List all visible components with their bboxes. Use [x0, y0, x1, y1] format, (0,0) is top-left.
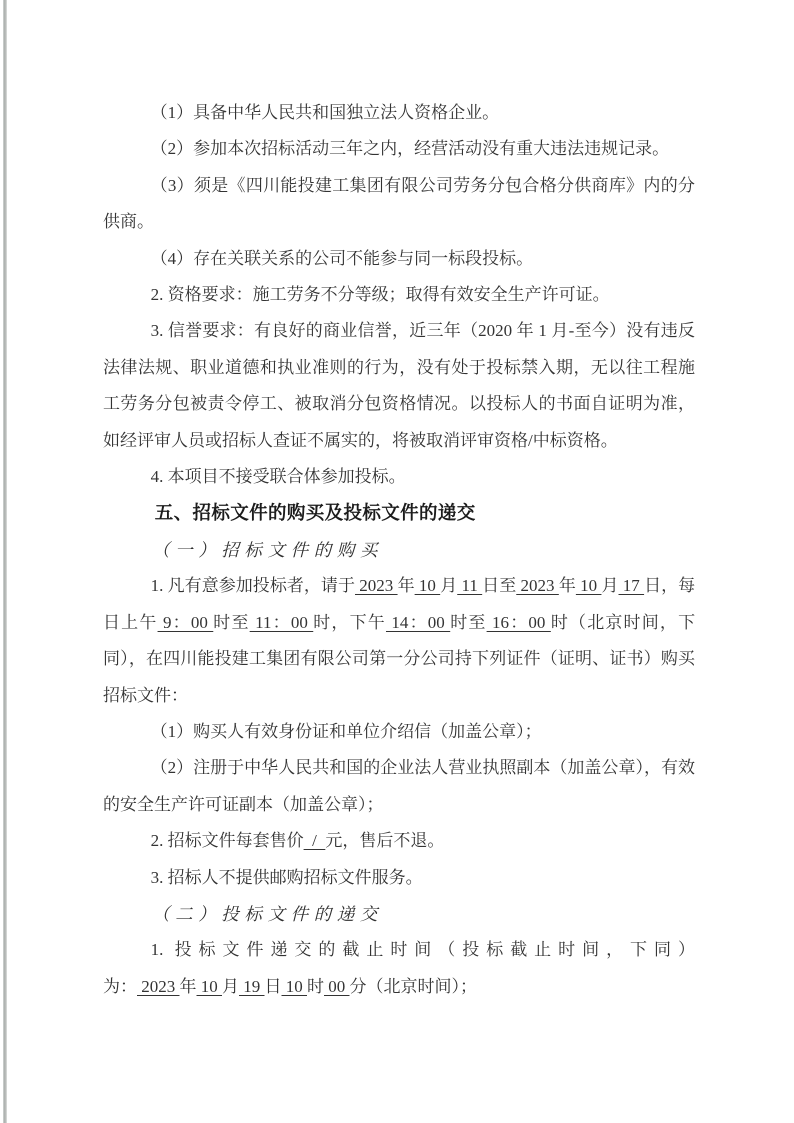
clause-text: 时至	[213, 613, 249, 632]
no-mail-order-clause: 3. 招标人不提供邮购招标文件服务。	[103, 860, 695, 896]
deadline-month: 10	[197, 977, 223, 996]
purchase-credential-2: （2）注册于中华人民共和国的企业法人营业执照副本（加盖公章），有效的安全生产许可…	[103, 750, 695, 823]
document-price-value: /	[304, 831, 326, 850]
purchase-end-day: 17	[619, 576, 645, 595]
deadline-day: 19	[239, 977, 265, 996]
submission-deadline-clause: 1. 投标文件递交的截止时间（投标截止时间，下同）为： 2023 年 10 月 …	[103, 932, 695, 1005]
clause-text: 时至	[450, 613, 486, 632]
clause-text: （3）须是《四川能投建工集团有限公司劳务分包合格分供商库》内的分供商。	[103, 176, 695, 231]
clause-text: （4）存在关联关系的公司不能参与同一标段投标。	[151, 249, 534, 268]
clause-no-violation-record: （2）参加本次招标活动三年之内，经营活动没有重大违法违规记录。	[103, 131, 695, 167]
clause-text: 时，下午	[313, 613, 386, 632]
purchase-end-month: 10	[576, 576, 602, 595]
heading-text: 五、招标文件的购买及投标文件的递交	[155, 502, 476, 523]
clause-text: 年	[180, 977, 197, 996]
morning-start-time: 9：00	[158, 613, 214, 632]
clause-text: 3. 信誉要求：有良好的商业信誉，近三年（2020 年 1 月-至今）没有违反法…	[103, 321, 695, 449]
clause-text: 日	[265, 977, 282, 996]
clause-text: 1. 凡有意参加投标者，请于	[151, 576, 355, 595]
subheading-text: （一）招标文件的购买	[152, 540, 383, 560]
clause-text: （1）具备中华人民共和国独立法人资格企业。	[151, 103, 500, 122]
clause-text: （2）参加本次招标活动三年之内，经营活动没有重大违法违规记录。	[151, 139, 670, 158]
morning-end-time: 11：00	[250, 613, 314, 632]
no-consortium-clause: 4. 本项目不接受联合体参加投标。	[103, 459, 695, 495]
purchase-start-month: 10	[415, 576, 441, 595]
clause-text: 月	[440, 576, 457, 595]
clause-text: 时	[307, 977, 324, 996]
clause-text: 年	[398, 576, 415, 595]
clause-text: 年	[559, 576, 576, 595]
clause-text: 3. 招标人不提供邮购招标文件服务。	[151, 868, 423, 887]
clause-text: 2. 资格要求：施工劳务不分等级；取得有效安全生产许可证。	[151, 285, 610, 304]
clause-text: 2. 招标文件每套售价	[151, 831, 304, 850]
clause-text: （1）购买人有效身份证和单位介绍信（加盖公章）；	[151, 722, 542, 741]
afternoon-end-time: 16：00	[487, 613, 551, 632]
document-content: （1）具备中华人民共和国独立法人资格企业。 （2）参加本次招标活动三年之内，经营…	[103, 95, 695, 1005]
deadline-minute: 00	[324, 977, 350, 996]
scan-edge-line	[3, 0, 7, 1123]
deadline-year: 2023	[137, 977, 180, 996]
purchase-instructions: 1. 凡有意参加投标者，请于 2023 年 10 月 11 日至 2023 年 …	[103, 568, 695, 714]
purchase-credential-1: （1）购买人有效身份证和单位介绍信（加盖公章）；	[103, 714, 695, 750]
subsection-2-heading-submission: （二）投标文件的递交	[103, 896, 695, 932]
clause-text: 4. 本项目不接受联合体参加投标。	[151, 467, 406, 486]
clause-text: 日至	[482, 576, 516, 595]
purchase-end-year: 2023	[516, 576, 559, 595]
section-5-heading: 五、招标文件的购买及投标文件的递交	[103, 495, 695, 531]
clause-text: 元，售后不退。	[325, 831, 444, 850]
purchase-start-year: 2023	[355, 576, 398, 595]
deadline-hour: 10	[282, 977, 308, 996]
clause-text: （2）注册于中华人民共和国的企业法人营业执照副本（加盖公章），有效的安全生产许可…	[103, 758, 695, 813]
subsection-1-heading-purchase: （一）招标文件的购买	[103, 532, 695, 568]
subheading-text: （二）投标文件的递交	[152, 904, 383, 924]
document-page: （1）具备中华人民共和国独立法人资格企业。 （2）参加本次招标活动三年之内，经营…	[0, 0, 794, 1123]
document-price-clause: 2. 招标文件每套售价 / 元，售后不退。	[103, 823, 695, 859]
clause-independent-legal-entity: （1）具备中华人民共和国独立法人资格企业。	[103, 95, 695, 131]
clause-qualified-supplier-library: （3）须是《四川能投建工集团有限公司劳务分包合格分供商库》内的分供商。	[103, 168, 695, 241]
clause-text: 月	[601, 576, 618, 595]
clause-related-companies: （4）存在关联关系的公司不能参与同一标段投标。	[103, 241, 695, 277]
clause-text: 月	[222, 977, 239, 996]
clause-text: 分（北京时间）；	[350, 977, 478, 996]
afternoon-start-time: 14：00	[386, 613, 450, 632]
qualification-requirement: 2. 资格要求：施工劳务不分等级；取得有效安全生产许可证。	[103, 277, 695, 313]
reputation-requirement: 3. 信誉要求：有良好的商业信誉，近三年（2020 年 1 月-至今）没有违反法…	[103, 313, 695, 459]
purchase-start-day: 11	[457, 576, 482, 595]
